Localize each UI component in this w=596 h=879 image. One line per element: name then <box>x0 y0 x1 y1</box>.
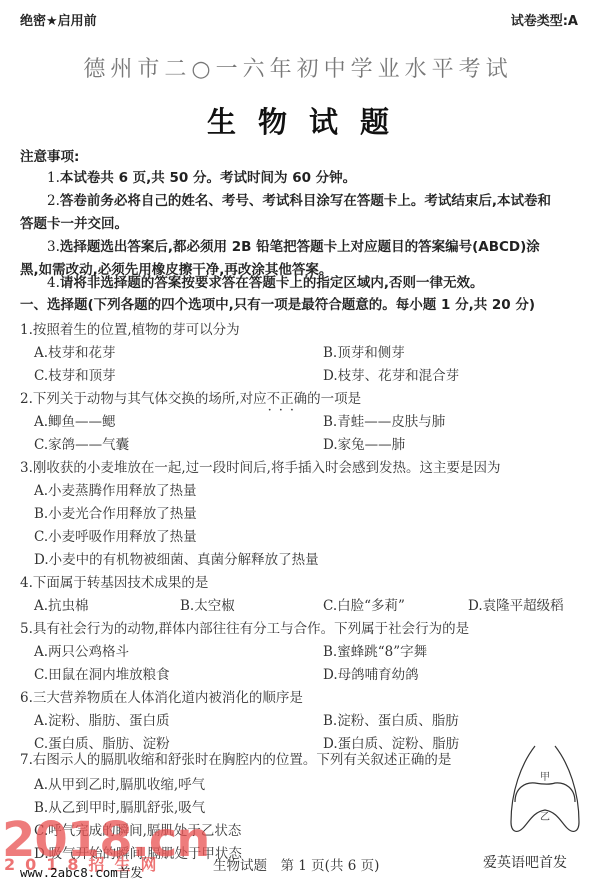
question-4-option-a: A.抗虫棉 <box>34 594 89 614</box>
question-1-option-a: A.枝芽和花芽 <box>34 341 116 361</box>
question-4-option-d: D.袁隆平超级稻 <box>468 594 564 614</box>
question-5-option-c: C.田鼠在洞内堆放粮食 <box>34 663 170 683</box>
watermark-url: www.2abc8.com首发 <box>20 863 143 879</box>
question-6-option-a: A.淀粉、脂肪、蛋白质 <box>34 709 170 729</box>
question-1-option-c: C.枝芽和顶芽 <box>34 364 116 384</box>
notice-item-2: 2.答卷前务必将自己的姓名、考号、考试科目涂写在答题卡上。考试结束后,本试卷和 <box>47 189 551 209</box>
diagram-label-lower: 乙 <box>540 808 550 823</box>
notice-item-4: 4.请将非选择题的答案按要求答在答题卡上的指定区域内,否则一律无效。 <box>47 271 484 291</box>
paper-type-label: 试卷类型:A <box>511 10 578 29</box>
subject-title: 生物试题 <box>0 100 596 141</box>
question-3-option-a: A.小麦蒸腾作用释放了热量 <box>34 479 197 499</box>
question-4-option-c: C.白脸“多莉” <box>323 594 405 614</box>
exam-title: 德州市二○一六年初中学业水平考试 <box>0 52 596 83</box>
section-heading: 一、选择题(下列各题的四个选项中,只有一项是最符合题意的。每小题 1 分,共 2… <box>20 293 535 313</box>
question-2-option-a: A.鲫鱼——鳃 <box>34 410 116 430</box>
question-1-option-d: D.枝芽、花芽和混合芽 <box>323 364 459 384</box>
question-2-stem-emphasis: 不正确 <box>267 391 308 407</box>
watermark-url-text: www.2abc8.com <box>20 865 118 879</box>
question-3-stem: 3.刚收获的小麦堆放在一起,过一段时间后,将手插入时会感到发热。这主要是因为 <box>20 456 500 476</box>
question-3-option-c: C.小麦呼吸作用释放了热量 <box>34 525 197 545</box>
question-5-option-b: B.蜜蜂跳“8”字舞 <box>323 640 427 660</box>
confidential-label: 绝密★启用前 <box>20 10 97 29</box>
question-3-option-b: B.小麦光合作用释放了热量 <box>34 502 197 522</box>
notice-item-text: 请将非选择题的答案按要求答在答题卡上的指定区域内,否则一律无效。 <box>60 275 484 291</box>
question-2-stem-pre: 2.下列关于动物与其气体交换的场所,对应 <box>20 391 267 407</box>
question-2-option-d: D.家兔——肺 <box>323 433 405 453</box>
page-footer: 生物试题 第 1 页(共 6 页) <box>213 854 379 874</box>
question-1-stem: 1.按照着生的位置,植物的芽可以分为 <box>20 318 240 338</box>
question-6-stem: 6.三大营养物质在人体消化道内被消化的顺序是 <box>20 686 303 706</box>
question-2-option-c: C.家鸽——气囊 <box>34 433 129 453</box>
watermark-url-suffix: 首发 <box>118 865 143 879</box>
question-6-option-b: B.淀粉、蛋白质、脂肪 <box>323 709 459 729</box>
notice-item-text: 答卷前务必将自己的姓名、考号、考试科目涂写在答题卡上。考试结束后,本试卷和 <box>60 193 551 209</box>
question-2-stem-post: 的一项是 <box>307 391 361 407</box>
question-4-option-b: B.太空椒 <box>180 594 235 614</box>
question-4-stem: 4.下面属于转基因技术成果的是 <box>20 571 208 591</box>
notice-item-3: 3.选择题选出答案后,都必须用 2B 铅笔把答题卡上对应题目的答案编号(ABCD… <box>47 235 540 255</box>
notice-item-num: 2. <box>47 193 60 209</box>
question-5-option-a: A.两只公鸡格斗 <box>34 640 129 660</box>
thorax-outline-icon <box>505 742 585 838</box>
question-3-option-d: D.小麦中的有机物被细菌、真菌分解释放了热量 <box>34 548 319 568</box>
notice-item-num: 1. <box>47 170 60 186</box>
diaphragm-diagram: 甲 乙 <box>505 742 585 838</box>
notice-item-1: 1.本试卷共 6 页,共 50 分。考试时间为 60 分钟。 <box>47 166 356 186</box>
footer-note: 爱英语吧首发 <box>483 852 567 872</box>
notice-heading: 注意事项: <box>20 145 79 165</box>
question-2-option-b: B.青蛙——皮肤与肺 <box>323 410 445 430</box>
notice-item-num: 4. <box>47 275 60 291</box>
question-7-stem: 7.右图示人的膈肌收缩和舒张时在胸腔内的位置。下列有关叙述正确的是 <box>20 748 451 768</box>
notice-item-2-continued: 答题卡一并交回。 <box>20 212 128 232</box>
question-1-option-b: B.顶芽和侧芽 <box>323 341 405 361</box>
question-2-stem: 2.下列关于动物与其气体交换的场所,对应不正确的一项是 <box>20 387 361 407</box>
diagram-label-upper: 甲 <box>540 768 550 783</box>
notice-item-text: 本试卷共 6 页,共 50 分。考试时间为 60 分钟。 <box>60 170 356 186</box>
question-5-option-d: D.母鸽哺育幼鸽 <box>323 663 419 683</box>
question-7-option-a: A.从甲到乙时,膈肌收缩,呼气 <box>34 773 205 793</box>
notice-item-num: 3. <box>47 239 60 255</box>
notice-item-text: 选择题选出答案后,都必须用 2B 铅笔把答题卡上对应题目的答案编号(ABCD)涂 <box>60 239 540 255</box>
question-5-stem: 5.具有社会行为的动物,群体内部往往有分工与合作。下列属于社会行为的是 <box>20 617 469 637</box>
